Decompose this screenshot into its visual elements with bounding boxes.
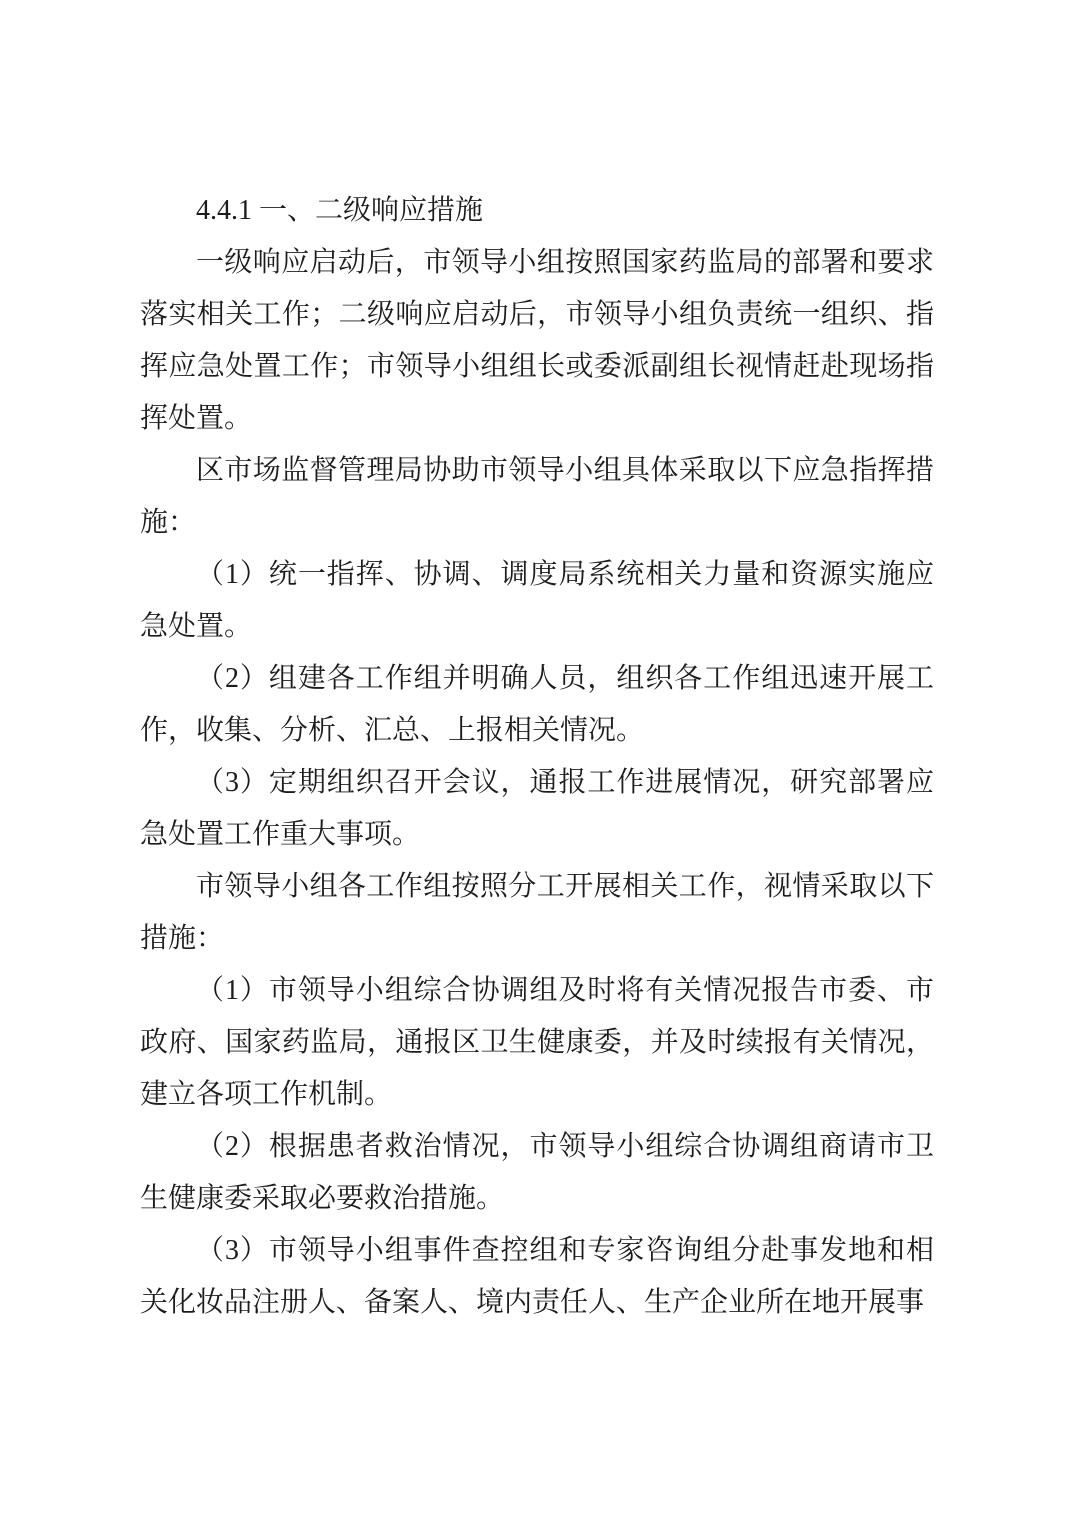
paragraph: 一级响应启动后，市领导小组按照国家药监局的部署和要求落实相关工作；二级响应启动后…	[140, 237, 934, 445]
paragraph: 区市场监督管理局协助市领导小组具体采取以下应急指挥措施：	[140, 445, 934, 549]
paragraph: （2）根据患者救治情况，市领导小组综合协调组商请市卫生健康委采取必要救治措施。	[140, 1121, 934, 1225]
paragraph: （3）市领导小组事件查控组和专家咨询组分赴事发地和相关化妆品注册人、备案人、境内…	[140, 1225, 934, 1329]
section-heading: 4.4.1 一、二级响应措施	[140, 185, 934, 237]
document-page: 4.4.1 一、二级响应措施 一级响应启动后，市领导小组按照国家药监局的部署和要…	[0, 0, 1074, 1520]
paragraph: （2）组建各工作组并明确人员，组织各工作组迅速开展工作，收集、分析、汇总、上报相…	[140, 653, 934, 757]
paragraph: （1）市领导小组综合协调组及时将有关情况报告市委、市政府、国家药监局，通报区卫生…	[140, 965, 934, 1121]
paragraph: （1）统一指挥、协调、调度局系统相关力量和资源实施应急处置。	[140, 549, 934, 653]
paragraph: 市领导小组各工作组按照分工开展相关工作，视情采取以下措施：	[140, 861, 934, 965]
paragraph: （3）定期组织召开会议，通报工作进展情况，研究部署应急处置工作重大事项。	[140, 757, 934, 861]
document-body: 4.4.1 一、二级响应措施 一级响应启动后，市领导小组按照国家药监局的部署和要…	[140, 185, 934, 1329]
